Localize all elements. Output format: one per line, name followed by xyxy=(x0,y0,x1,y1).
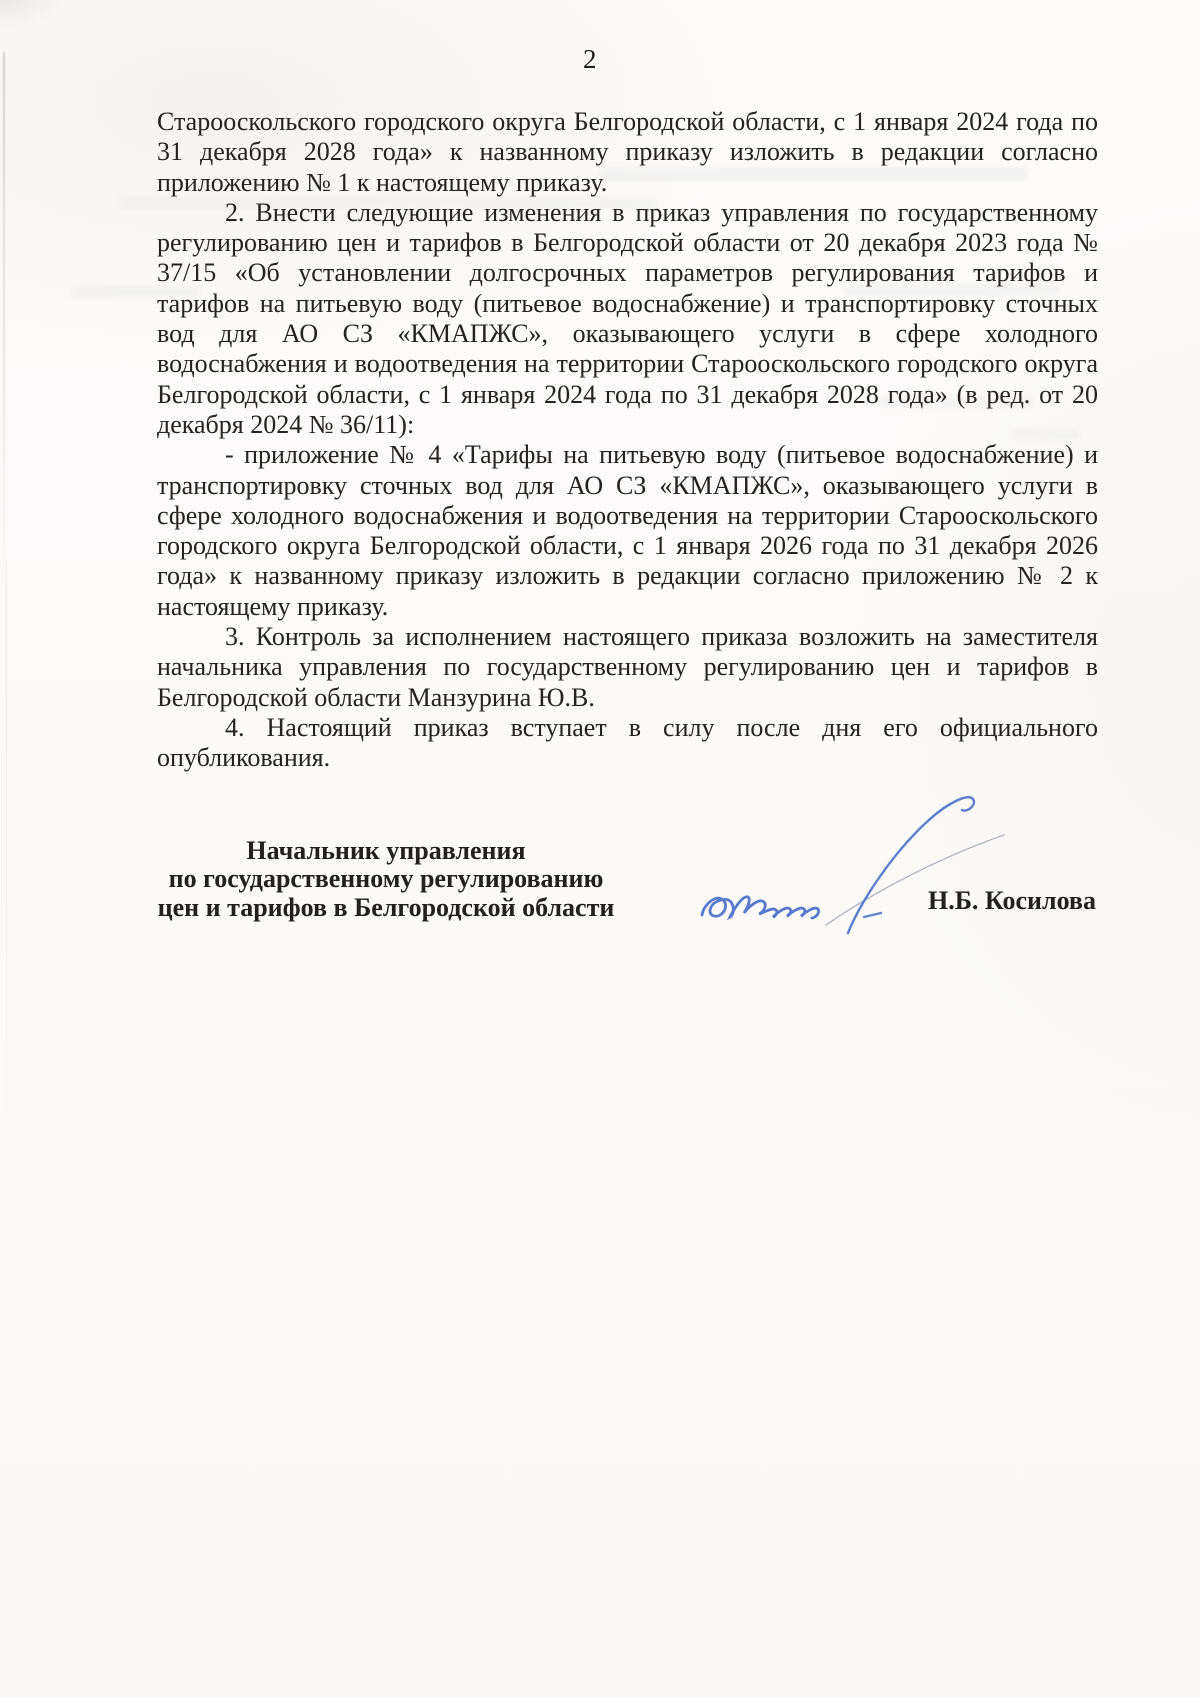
scan-edge-artifact xyxy=(6,560,7,1260)
document-paragraph: 3. Контроль за исполнением настоящего пр… xyxy=(157,622,1098,713)
scanned-document-page: 2 Старооскольского городского округа Бел… xyxy=(0,0,1200,1697)
signer-name: Н.Б. Косилова xyxy=(928,886,1096,916)
document-paragraph: Старооскольского городского округа Белго… xyxy=(157,107,1098,198)
signatory-title-line: по государственному регулированию xyxy=(150,865,622,893)
signatory-title-line: Начальник управления xyxy=(150,837,622,865)
document-paragraph: - приложение № 4 «Тарифы на питьевую вод… xyxy=(157,440,1098,622)
document-paragraph: 2. Внести следующие изменения в приказ у… xyxy=(157,198,1098,440)
document-body: Старооскольского городского округа Белго… xyxy=(157,107,1098,774)
signatory-title-line: цен и тарифов в Белгородской области xyxy=(150,894,622,922)
page-number: 2 xyxy=(0,44,1180,75)
scan-edge-artifact xyxy=(3,52,5,592)
signatory-position-title: Начальник управления по государственному… xyxy=(150,837,622,922)
